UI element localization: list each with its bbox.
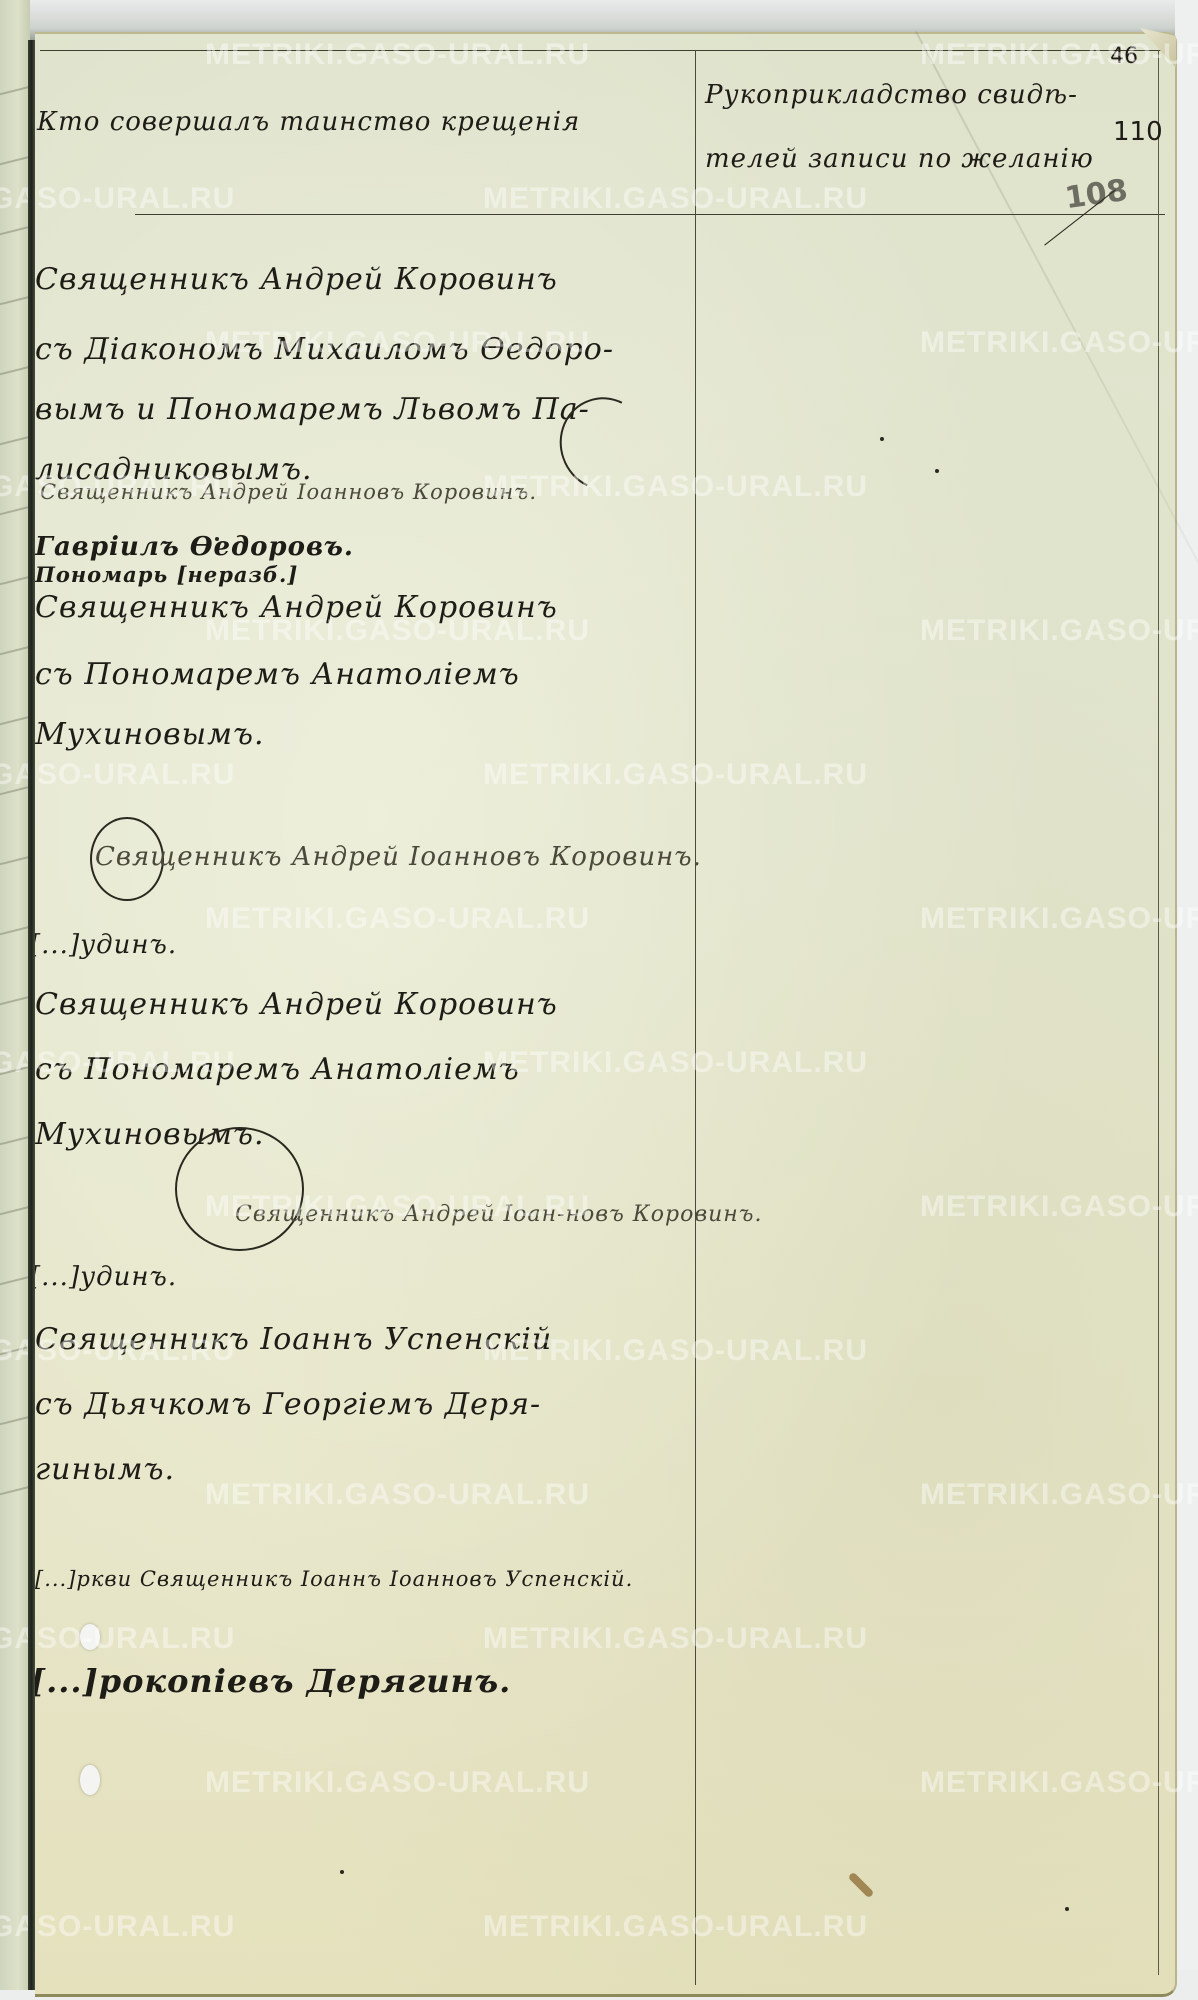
entry-2-line-3: Мухиновымъ. — [35, 717, 264, 752]
book-spine-gutter — [28, 40, 35, 1990]
adjacent-page-scrawl — [0, 856, 30, 866]
entry-1-signature-3: Пономарь [неразб.] — [35, 562, 298, 587]
entry-1-line-3: вымъ и Пономаремъ Львомъ Па- — [35, 392, 590, 427]
adjacent-page-scrawl — [0, 926, 30, 936]
entry-4-line-2: съ Дьячкомъ Георгіемъ Деря- — [35, 1387, 541, 1422]
column-divider — [695, 50, 696, 1985]
adjacent-page-scrawl — [0, 1416, 30, 1426]
column-header-witnesses-line1: Рукоприкладство свидѣ- — [705, 80, 1078, 110]
watermark: METRIKI.GASO-URAL.RU — [483, 758, 868, 792]
watermark: METRIKI.GASO-URAL.RU — [483, 1622, 868, 1656]
adjacent-page-scrawl — [0, 716, 30, 726]
entry-1-line-1: Священникъ Андрей Коровинъ — [35, 262, 558, 297]
watermark: METRIKI.GASO-URAL.RU — [205, 1478, 590, 1512]
adjacent-page-scrawl — [0, 506, 30, 516]
watermark: METRIKI.GASO-URAL.RU — [483, 1046, 868, 1080]
watermark: METRIKI.GASO-URAL.RU — [920, 1190, 1198, 1224]
ink-spot — [340, 1870, 344, 1874]
ink-spot — [880, 437, 884, 441]
watermark: GASO-URAL.RU — [0, 1622, 235, 1656]
entry-2-signature-2: [...]удинъ. — [30, 930, 177, 960]
watermark: METRIKI.GASO-URAL.RU — [483, 182, 868, 216]
watermark: METRIKI.GASO-URAL.RU — [920, 326, 1198, 360]
ink-spot — [215, 537, 219, 541]
watermark: METRIKI.GASO-URAL.RU — [920, 614, 1198, 648]
watermark: GASO-URAL.RU — [0, 1046, 235, 1080]
adjacent-page-scrawl — [0, 576, 30, 586]
adjacent-page-scrawl — [0, 1276, 30, 1286]
brown-stain — [848, 1872, 875, 1899]
watermark: METRIKI.GASO-URAL.RU — [483, 1334, 868, 1368]
watermark: METRIKI.GASO-URAL.RU — [205, 326, 590, 360]
watermark: METRIKI.GASO-URAL.RU — [205, 1766, 590, 1800]
entry-3-line-1: Священникъ Андрей Коровинъ — [35, 987, 558, 1022]
adjacent-page-scrawl — [0, 86, 30, 96]
watermark: GASO-URAL.RU — [0, 182, 235, 216]
watermark: METRIKI.GASO-URAL.RU — [205, 614, 590, 648]
adjacent-page-scrawl — [0, 436, 30, 446]
signature-flourish — [175, 1127, 304, 1251]
column-header-officiant: Кто совершалъ таинство крещенія — [37, 107, 580, 137]
adjacent-page-scrawl — [0, 156, 30, 166]
adjacent-page-scrawl — [0, 366, 30, 376]
entry-4-line-3: гинымъ. — [35, 1452, 175, 1487]
scan-background-right — [1175, 0, 1198, 2000]
column-header-witnesses-line2: телей записи по желанію — [705, 144, 1094, 174]
watermark: METRIKI.GASO-URAL.RU — [920, 38, 1198, 72]
adjacent-page-scrawl — [0, 226, 30, 236]
adjacent-page-scrawl — [0, 996, 30, 1006]
watermark: METRIKI.GASO-URAL.RU — [920, 1766, 1198, 1800]
adjacent-page-scrawl — [0, 1206, 30, 1216]
watermark: METRIKI.GASO-URAL.RU — [483, 470, 868, 504]
folio-number-secondary: 110 — [1113, 117, 1163, 147]
watermark: METRIKI.GASO-URAL.RU — [920, 902, 1198, 936]
watermark: METRIKI.GASO-URAL.RU — [920, 1478, 1198, 1512]
watermark: METRIKI.GASO-URAL.RU — [205, 902, 590, 936]
watermark: METRIKI.GASO-URAL.RU — [205, 1190, 590, 1224]
watermark: GASO-URAL.RU — [0, 758, 235, 792]
entry-3-signature-2: [...]удинъ. — [30, 1262, 177, 1292]
entry-2-signature-1: Священникъ Андрей Іоанновъ Коровинъ. — [95, 842, 702, 872]
adjacent-page-scrawl — [0, 1136, 30, 1146]
adjacent-page-scrawl — [0, 1486, 30, 1496]
watermark: GASO-URAL.RU — [0, 1334, 235, 1368]
ink-spot — [935, 469, 939, 473]
punch-hole — [80, 1765, 100, 1795]
folio-number-pencil: 108 — [1063, 173, 1130, 216]
entry-1-signature-2: Гавріилъ Өедоровъ. — [35, 532, 354, 562]
watermark: GASO-URAL.RU — [0, 1910, 235, 1944]
entry-2-line-2: съ Пономаремъ Анатоліемъ — [35, 657, 520, 692]
entry-4-signature-1: [...]ркви Священникъ Іоаннъ Іоанновъ Усп… — [35, 1567, 633, 1591]
watermark: METRIKI.GASO-URAL.RU — [483, 1910, 868, 1944]
adjacent-page-scrawl — [0, 296, 30, 306]
watermark: METRIKI.GASO-URAL.RU — [205, 38, 590, 72]
watermark: GASO-URAL.RU — [0, 470, 235, 504]
adjacent-page-edge — [0, 0, 30, 1990]
ink-spot — [1065, 1907, 1069, 1911]
adjacent-page-scrawl — [0, 646, 30, 656]
entry-4-signature-2: [...]рокопіевъ Дерягинъ. — [30, 1662, 511, 1700]
